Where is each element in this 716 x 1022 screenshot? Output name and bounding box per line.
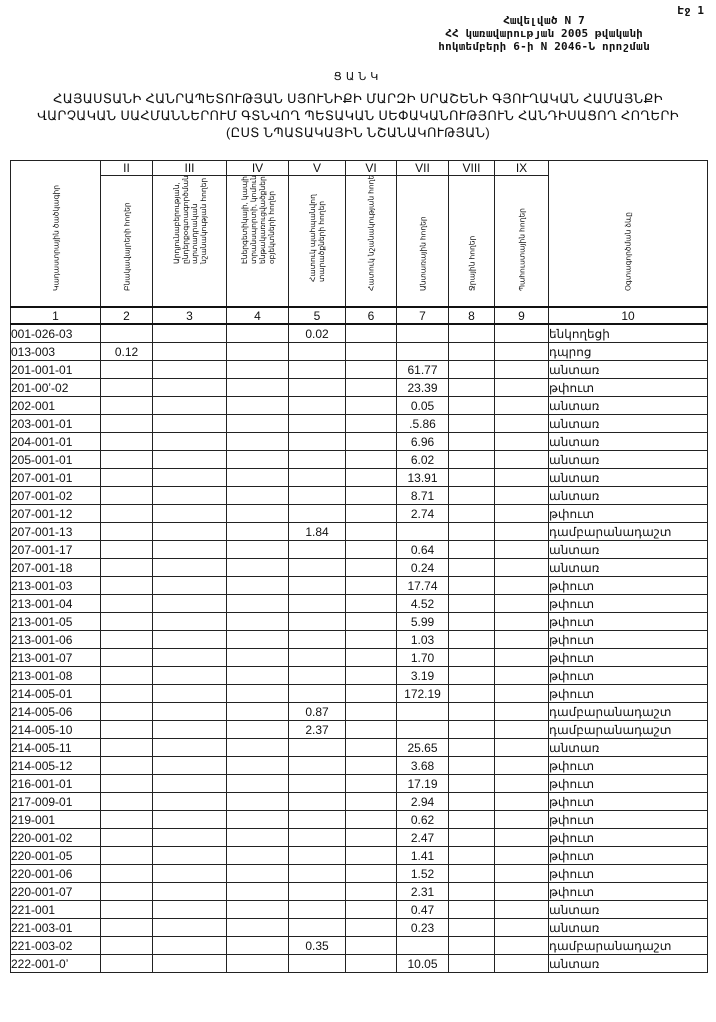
- land-use-cell: թփուտ: [549, 883, 708, 901]
- settlement-land-cell: [101, 667, 153, 685]
- forest-land-cell: [397, 721, 449, 739]
- land-use-cell: անտառ: [549, 739, 708, 757]
- protected-land-cell: [289, 667, 346, 685]
- cadastral-code-cell: 213-001-05: [11, 613, 101, 631]
- roman-numeral-7: VII: [397, 161, 449, 176]
- forest-land-cell: 1.70: [397, 649, 449, 667]
- industrial-land-cell: [153, 487, 227, 505]
- cadastral-code-cell: 207-001-12: [11, 505, 101, 523]
- cadastral-code-cell: 213-001-06: [11, 631, 101, 649]
- forest-land-cell: 6.02: [397, 451, 449, 469]
- reserve-land-cell: [495, 649, 549, 667]
- land-use-cell: անտառ: [549, 397, 708, 415]
- infrastructure-land-cell: [227, 829, 289, 847]
- table-row: 214-005-102.37դամբարանադաշտ: [11, 721, 708, 739]
- settlement-land-cell: [101, 883, 153, 901]
- water-land-cell: [449, 324, 495, 343]
- reserve-land-cell: [495, 829, 549, 847]
- special-land-cell: [346, 883, 397, 901]
- reserve-land-cell: [495, 739, 549, 757]
- water-land-cell: [449, 541, 495, 559]
- column-header-label: Հատուկ նշանակության հողեր: [367, 176, 376, 292]
- land-use-cell: դպրոց: [549, 343, 708, 361]
- settlement-land-cell: [101, 324, 153, 343]
- cadastral-code-cell: 205-001-01: [11, 451, 101, 469]
- protected-land-cell: [289, 865, 346, 883]
- special-land-cell: [346, 523, 397, 541]
- forest-land-cell: 5.99: [397, 613, 449, 631]
- forest-land-cell: 17.19: [397, 775, 449, 793]
- settlement-land-cell: [101, 739, 153, 757]
- forest-land-cell: 1.41: [397, 847, 449, 865]
- table-row: 222-001-0ʼ10.05անտառ: [11, 955, 708, 973]
- protected-land-cell: 0.87: [289, 703, 346, 721]
- land-use-cell: դամբարանադաշտ: [549, 937, 708, 955]
- special-land-cell: [346, 433, 397, 451]
- settlement-land-cell: [101, 397, 153, 415]
- infrastructure-land-cell: [227, 433, 289, 451]
- settlement-land-cell: [101, 865, 153, 883]
- protected-land-cell: [289, 793, 346, 811]
- settlement-land-cell: [101, 559, 153, 577]
- settlement-land-cell: [101, 685, 153, 703]
- special-land-cell: [346, 505, 397, 523]
- settlement-land-cell: [101, 469, 153, 487]
- special-land-cell: [346, 487, 397, 505]
- table-row: 214-005-1125.65անտառ: [11, 739, 708, 757]
- land-use-cell: դամբարանադաշտ: [549, 703, 708, 721]
- reserve-land-cell: [495, 324, 549, 343]
- cadastral-code-cell: 207-001-13: [11, 523, 101, 541]
- land-use-cell: անտառ: [549, 901, 708, 919]
- column-number: 2: [101, 307, 153, 324]
- cadastral-code-cell: 213-001-08: [11, 667, 101, 685]
- land-use-cell: թփուտ: [549, 847, 708, 865]
- special-land-cell: [346, 343, 397, 361]
- protected-land-cell: 1.84: [289, 523, 346, 541]
- protected-land-cell: [289, 739, 346, 757]
- table-row: 213-001-0317.74թփուտ: [11, 577, 708, 595]
- table-row: 207-001-028.71անտառ: [11, 487, 708, 505]
- industrial-land-cell: [153, 469, 227, 487]
- table-row: 207-001-122.74թփուտ: [11, 505, 708, 523]
- column-header-1: Կադաստրային ծածկագիր: [11, 161, 101, 308]
- infrastructure-land-cell: [227, 613, 289, 631]
- water-land-cell: [449, 865, 495, 883]
- protected-land-cell: [289, 847, 346, 865]
- land-use-cell: դամբարանադաշտ: [549, 721, 708, 739]
- industrial-land-cell: [153, 775, 227, 793]
- cadastral-code-cell: 214-005-12: [11, 757, 101, 775]
- cadastral-code-cell: 207-001-18: [11, 559, 101, 577]
- infrastructure-land-cell: [227, 901, 289, 919]
- column-header-8: Ջրային հողեր: [449, 176, 495, 308]
- water-land-cell: [449, 397, 495, 415]
- land-use-cell: անտառ: [549, 487, 708, 505]
- appendix-line-3: հոկտեմբերի 6-ի N 2046-Ն որոշման: [394, 40, 694, 53]
- infrastructure-land-cell: [227, 631, 289, 649]
- reserve-land-cell: [495, 793, 549, 811]
- infrastructure-land-cell: [227, 595, 289, 613]
- table-row: 204-001-016.96անտառ: [11, 433, 708, 451]
- table-row: 207-001-170.64անտառ: [11, 541, 708, 559]
- land-use-cell: թփուտ: [549, 775, 708, 793]
- column-header-5: Հատուկ պահպանվող տարածքների հողեր: [289, 176, 346, 308]
- reserve-land-cell: [495, 487, 549, 505]
- industrial-land-cell: [153, 397, 227, 415]
- infrastructure-land-cell: [227, 559, 289, 577]
- protected-land-cell: [289, 379, 346, 397]
- industrial-land-cell: [153, 829, 227, 847]
- forest-land-cell: 1.03: [397, 631, 449, 649]
- water-land-cell: [449, 667, 495, 685]
- land-use-cell: անտառ: [549, 955, 708, 973]
- table-row: 213-001-055.99թփուտ: [11, 613, 708, 631]
- table-row: 001-026-030.02ենկողեցի: [11, 324, 708, 343]
- infrastructure-land-cell: [227, 577, 289, 595]
- reserve-land-cell: [495, 937, 549, 955]
- water-land-cell: [449, 685, 495, 703]
- water-land-cell: [449, 829, 495, 847]
- cadastral-code-cell: 213-001-03: [11, 577, 101, 595]
- column-header-label: Կադաստրային ծածկագիր: [51, 169, 60, 291]
- settlement-land-cell: [101, 829, 153, 847]
- land-use-cell: թփուտ: [549, 685, 708, 703]
- industrial-land-cell: [153, 613, 227, 631]
- protected-land-cell: 0.35: [289, 937, 346, 955]
- land-use-cell: անտառ: [549, 433, 708, 451]
- column-number-row: 12345678910: [11, 307, 708, 324]
- special-land-cell: [346, 937, 397, 955]
- roman-numeral-9: IX: [495, 161, 549, 176]
- water-land-cell: [449, 523, 495, 541]
- reserve-land-cell: [495, 577, 549, 595]
- special-land-cell: [346, 577, 397, 595]
- settlement-land-cell: [101, 415, 153, 433]
- protected-land-cell: 2.37: [289, 721, 346, 739]
- protected-land-cell: [289, 505, 346, 523]
- industrial-land-cell: [153, 883, 227, 901]
- cadastral-code-cell: 202-001: [11, 397, 101, 415]
- forest-land-cell: 3.68: [397, 757, 449, 775]
- protected-land-cell: [289, 469, 346, 487]
- reserve-land-cell: [495, 541, 549, 559]
- land-use-cell: թփուտ: [549, 379, 708, 397]
- table-row: 207-001-0113.91անտառ: [11, 469, 708, 487]
- settlement-land-cell: [101, 577, 153, 595]
- forest-land-cell: 10.05: [397, 955, 449, 973]
- roman-numeral-3: III: [153, 161, 227, 176]
- industrial-land-cell: [153, 757, 227, 775]
- special-land-cell: [346, 324, 397, 343]
- cadastral-code-cell: 216-001-01: [11, 775, 101, 793]
- column-number: 7: [397, 307, 449, 324]
- land-use-cell: թփուտ: [549, 595, 708, 613]
- industrial-land-cell: [153, 955, 227, 973]
- settlement-land-cell: [101, 541, 153, 559]
- column-number: 8: [449, 307, 495, 324]
- cadastral-code-cell: 201-00ʼ-02: [11, 379, 101, 397]
- special-land-cell: [346, 901, 397, 919]
- special-land-cell: [346, 829, 397, 847]
- special-land-cell: [346, 955, 397, 973]
- industrial-land-cell: [153, 451, 227, 469]
- forest-land-cell: 0.05: [397, 397, 449, 415]
- forest-land-cell: 2.31: [397, 883, 449, 901]
- appendix-line-1: Հավելված N 7: [394, 14, 694, 27]
- protected-land-cell: [289, 775, 346, 793]
- cadastral-code-cell: 222-001-0ʼ: [11, 955, 101, 973]
- column-header-2: Բնակավայրերի հողեր: [101, 176, 153, 308]
- land-use-cell: թփուտ: [549, 865, 708, 883]
- table-row: 214-005-01172.19թփուտ: [11, 685, 708, 703]
- protected-land-cell: [289, 955, 346, 973]
- protected-land-cell: [289, 829, 346, 847]
- industrial-land-cell: [153, 415, 227, 433]
- land-use-cell: թփուտ: [549, 757, 708, 775]
- cadastral-code-cell: 214-005-10: [11, 721, 101, 739]
- reserve-land-cell: [495, 667, 549, 685]
- column-header-label: Օգտագործման ձևը: [624, 169, 633, 291]
- infrastructure-land-cell: [227, 811, 289, 829]
- reserve-land-cell: [495, 865, 549, 883]
- forest-land-cell: 0.23: [397, 919, 449, 937]
- cadastral-code-cell: 214-005-11: [11, 739, 101, 757]
- protected-land-cell: [289, 361, 346, 379]
- protected-land-cell: [289, 577, 346, 595]
- settlement-land-cell: [101, 433, 153, 451]
- special-land-cell: [346, 649, 397, 667]
- water-land-cell: [449, 379, 495, 397]
- industrial-land-cell: [153, 721, 227, 739]
- reserve-land-cell: [495, 757, 549, 775]
- infrastructure-land-cell: [227, 397, 289, 415]
- industrial-land-cell: [153, 505, 227, 523]
- cadastral-code-cell: 220-001-02: [11, 829, 101, 847]
- document-title: ՑԱՆԿ: [0, 70, 716, 83]
- column-number: 6: [346, 307, 397, 324]
- infrastructure-land-cell: [227, 883, 289, 901]
- cadastral-code-cell: 204-001-01: [11, 433, 101, 451]
- special-land-cell: [346, 811, 397, 829]
- reserve-land-cell: [495, 505, 549, 523]
- infrastructure-land-cell: [227, 685, 289, 703]
- settlement-land-cell: [101, 595, 153, 613]
- forest-land-cell: [397, 324, 449, 343]
- industrial-land-cell: [153, 379, 227, 397]
- protected-land-cell: [289, 595, 346, 613]
- cadastral-code-cell: 213-001-07: [11, 649, 101, 667]
- special-land-cell: [346, 865, 397, 883]
- water-land-cell: [449, 775, 495, 793]
- table-row: 203-001-01.5.86անտառ: [11, 415, 708, 433]
- table-row: 220-001-072.31թփուտ: [11, 883, 708, 901]
- column-header-label: Հատուկ պահպանվող տարածքների հողեր: [308, 176, 326, 283]
- roman-numeral-4: IV: [227, 161, 289, 176]
- reserve-land-cell: [495, 415, 549, 433]
- infrastructure-land-cell: [227, 757, 289, 775]
- cadastral-code-cell: 207-001-02: [11, 487, 101, 505]
- infrastructure-land-cell: [227, 703, 289, 721]
- settlement-land-cell: [101, 793, 153, 811]
- table-row: 220-001-051.41թփուտ: [11, 847, 708, 865]
- column-header-label: Էներգետիկայի, կապի, տրանսպորտի, կոմունալ…: [240, 176, 276, 265]
- table-row: 219-0010.62թփուտ: [11, 811, 708, 829]
- industrial-land-cell: [153, 631, 227, 649]
- forest-land-cell: 8.71: [397, 487, 449, 505]
- land-use-cell: թփուտ: [549, 793, 708, 811]
- column-header-6: Հատուկ նշանակության հողեր: [346, 176, 397, 308]
- reserve-land-cell: [495, 721, 549, 739]
- infrastructure-land-cell: [227, 523, 289, 541]
- forest-land-cell: 61.77: [397, 361, 449, 379]
- settlement-land-cell: [101, 649, 153, 667]
- settlement-land-cell: [101, 379, 153, 397]
- settlement-land-cell: [101, 775, 153, 793]
- forest-land-cell: 2.94: [397, 793, 449, 811]
- settlement-land-cell: [101, 523, 153, 541]
- water-land-cell: [449, 955, 495, 973]
- table-row: 213-001-083.19թփուտ: [11, 667, 708, 685]
- roman-numeral-8: VIII: [449, 161, 495, 176]
- protected-land-cell: [289, 919, 346, 937]
- industrial-land-cell: [153, 811, 227, 829]
- cadastral-code-cell: 220-001-06: [11, 865, 101, 883]
- protected-land-cell: [289, 685, 346, 703]
- industrial-land-cell: [153, 324, 227, 343]
- water-land-cell: [449, 361, 495, 379]
- protected-land-cell: [289, 631, 346, 649]
- reserve-land-cell: [495, 613, 549, 631]
- land-use-cell: անտառ: [549, 469, 708, 487]
- column-header-7: Անտառային հողեր: [397, 176, 449, 308]
- forest-land-cell: 1.52: [397, 865, 449, 883]
- infrastructure-land-cell: [227, 955, 289, 973]
- cadastral-code-cell: 013-003: [11, 343, 101, 361]
- infrastructure-land-cell: [227, 451, 289, 469]
- water-land-cell: [449, 721, 495, 739]
- heading-line-3: (ԸՍՏ ՆՊԱՏԱԿԱՅԻՆ ՆՇԱՆԱԿՈՒԹՅԱՆ): [10, 124, 706, 141]
- special-land-cell: [346, 847, 397, 865]
- column-header-label: Բնակավայրերի հողեր: [122, 176, 131, 292]
- water-land-cell: [449, 847, 495, 865]
- roman-numeral-2: II: [101, 161, 153, 176]
- water-land-cell: [449, 415, 495, 433]
- protected-land-cell: [289, 811, 346, 829]
- water-land-cell: [449, 487, 495, 505]
- water-land-cell: [449, 631, 495, 649]
- column-header-3: Արդյունաբերության, ընդերքօգտագործման և ա…: [153, 176, 227, 308]
- reserve-land-cell: [495, 811, 549, 829]
- land-use-cell: անտառ: [549, 559, 708, 577]
- cadastral-code-cell: 001-026-03: [11, 324, 101, 343]
- settlement-land-cell: 0.12: [101, 343, 153, 361]
- special-land-cell: [346, 919, 397, 937]
- special-land-cell: [346, 631, 397, 649]
- water-land-cell: [449, 757, 495, 775]
- industrial-land-cell: [153, 937, 227, 955]
- special-land-cell: [346, 703, 397, 721]
- water-land-cell: [449, 469, 495, 487]
- settlement-land-cell: [101, 937, 153, 955]
- protected-land-cell: [289, 883, 346, 901]
- special-land-cell: [346, 757, 397, 775]
- roman-header-row: Կադաստրային ծածկագիրIIIIIIVVVIVIIVIIIIXՕ…: [11, 161, 708, 176]
- protected-land-cell: 0.02: [289, 324, 346, 343]
- industrial-land-cell: [153, 847, 227, 865]
- column-number: 9: [495, 307, 549, 324]
- special-land-cell: [346, 793, 397, 811]
- land-use-cell: ենկողեցի: [549, 324, 708, 343]
- table-row: 220-001-022.47թփուտ: [11, 829, 708, 847]
- special-land-cell: [346, 739, 397, 757]
- special-land-cell: [346, 469, 397, 487]
- table-row: 201-00ʼ-0223.39թփուտ: [11, 379, 708, 397]
- column-header-10: Օգտագործման ձևը: [549, 161, 708, 308]
- column-header-label: Պահուստային հողեր: [517, 176, 526, 292]
- forest-land-cell: [397, 343, 449, 361]
- water-land-cell: [449, 649, 495, 667]
- special-land-cell: [346, 721, 397, 739]
- infrastructure-land-cell: [227, 343, 289, 361]
- land-use-cell: դամբարանադաշտ: [549, 523, 708, 541]
- water-land-cell: [449, 739, 495, 757]
- protected-land-cell: [289, 613, 346, 631]
- forest-land-cell: 0.24: [397, 559, 449, 577]
- cadastral-code-cell: 207-001-17: [11, 541, 101, 559]
- table-row: 205-001-016.02անտառ: [11, 451, 708, 469]
- column-header-label: Ջրային հողեր: [467, 176, 476, 292]
- protected-land-cell: [289, 487, 346, 505]
- heading-line-1: ՀԱՅԱՍՏԱՆԻ ՀԱՆՐԱՊԵՏՈՒԹՅԱՆ ՍՅՈՒՆԻՔԻ ՄԱՐԶԻ …: [10, 90, 706, 107]
- protected-land-cell: [289, 541, 346, 559]
- reserve-land-cell: [495, 703, 549, 721]
- column-header-label: Արդյունաբերության, ընդերքօգտագործման և ա…: [172, 176, 208, 265]
- forest-land-cell: 17.74: [397, 577, 449, 595]
- special-land-cell: [346, 379, 397, 397]
- reserve-land-cell: [495, 379, 549, 397]
- settlement-land-cell: [101, 757, 153, 775]
- cadastral-code-cell: 214-005-01: [11, 685, 101, 703]
- cadastral-code-cell: 213-001-04: [11, 595, 101, 613]
- infrastructure-land-cell: [227, 775, 289, 793]
- reserve-land-cell: [495, 775, 549, 793]
- industrial-land-cell: [153, 361, 227, 379]
- settlement-land-cell: [101, 505, 153, 523]
- water-land-cell: [449, 613, 495, 631]
- forest-land-cell: 23.39: [397, 379, 449, 397]
- column-header-9: Պահուստային հողեր: [495, 176, 549, 308]
- reserve-land-cell: [495, 343, 549, 361]
- settlement-land-cell: [101, 811, 153, 829]
- infrastructure-land-cell: [227, 847, 289, 865]
- column-header-4: Էներգետիկայի, կապի, տրանսպորտի, կոմունալ…: [227, 176, 289, 308]
- table-row: 217-009-012.94թփուտ: [11, 793, 708, 811]
- infrastructure-land-cell: [227, 324, 289, 343]
- cadastral-code-cell: 221-003-02: [11, 937, 101, 955]
- roman-numeral-5: V: [289, 161, 346, 176]
- special-land-cell: [346, 685, 397, 703]
- reserve-land-cell: [495, 469, 549, 487]
- water-land-cell: [449, 559, 495, 577]
- infrastructure-land-cell: [227, 739, 289, 757]
- settlement-land-cell: [101, 721, 153, 739]
- water-land-cell: [449, 451, 495, 469]
- forest-land-cell: 2.74: [397, 505, 449, 523]
- forest-land-cell: 0.64: [397, 541, 449, 559]
- land-use-cell: անտառ: [549, 415, 708, 433]
- settlement-land-cell: [101, 631, 153, 649]
